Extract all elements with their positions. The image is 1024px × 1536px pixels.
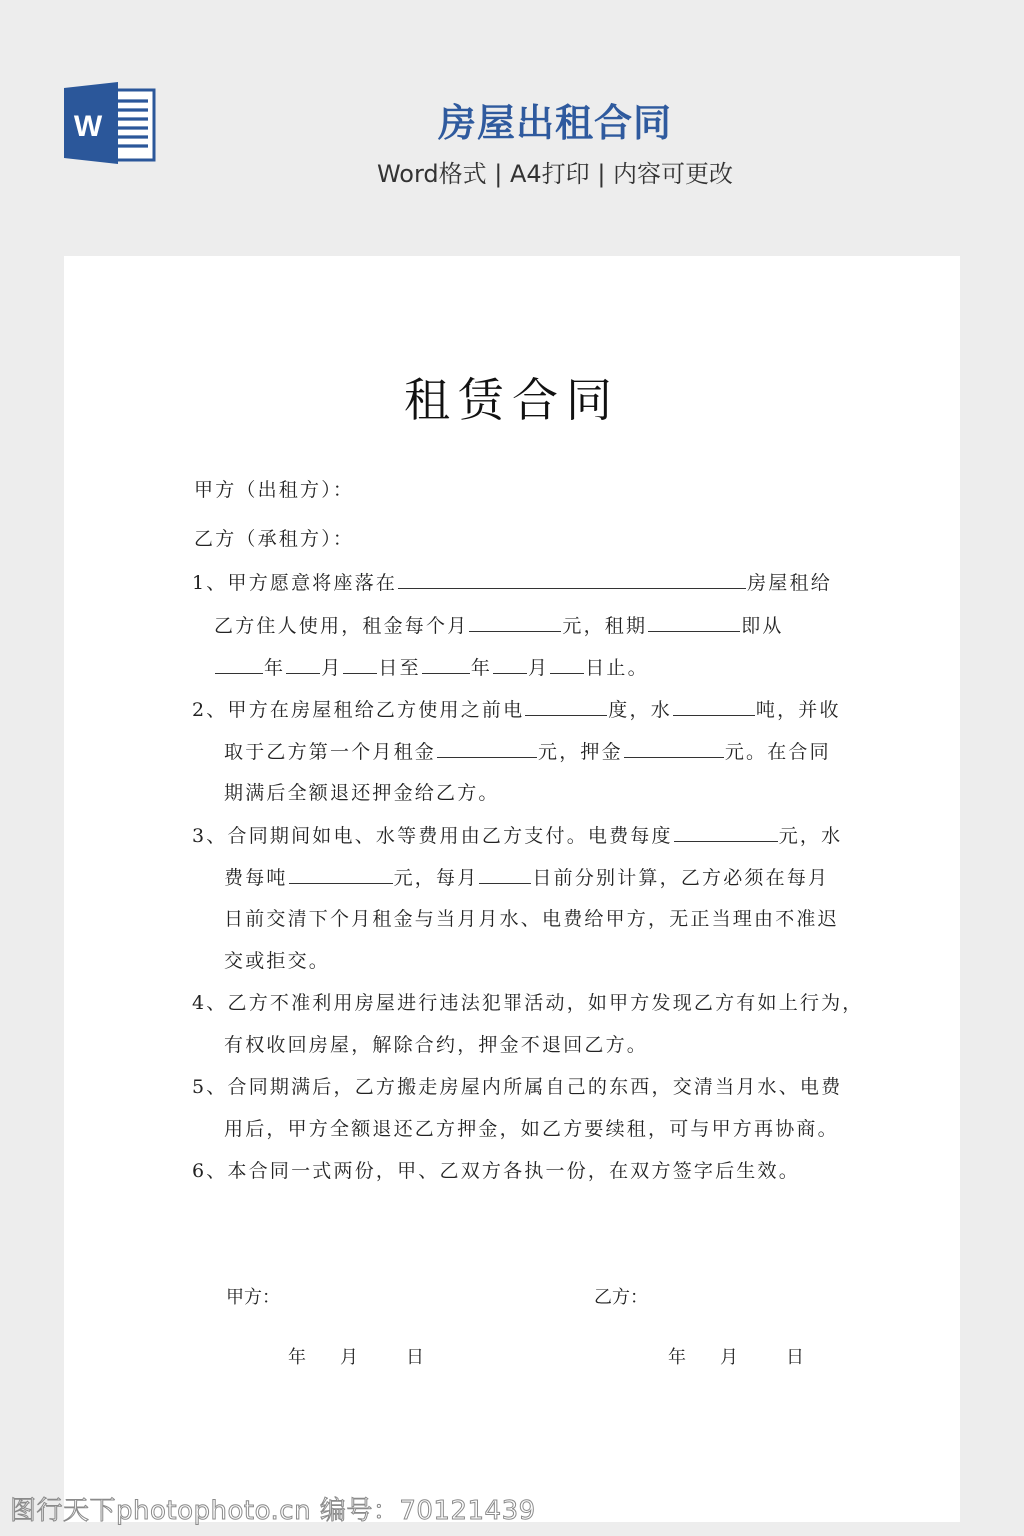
clause-text: 元，押金: [538, 741, 623, 763]
clause-text: 元，每月: [394, 867, 479, 889]
clause-text: 费每吨: [224, 867, 288, 889]
fill-in-blank[interactable]: [673, 697, 755, 716]
clause-text: 日前分别计算，乙方必须在每月: [532, 867, 829, 889]
clause-6-line: 6、本合同一式两份，甲、乙双方各执一份，在双方签字后生效。: [192, 1159, 800, 1183]
clause-text: 元，水: [779, 825, 843, 847]
clause-1-line: 年月日至年月日止。: [214, 655, 649, 680]
clause-text: 6、本合同一式两份，甲、乙双方各执一份，在双方签字后生效。: [192, 1160, 800, 1182]
fill-in-blank[interactable]: [469, 613, 561, 632]
clause-1-line: 1、甲方愿意将座落在房屋租给: [192, 570, 832, 595]
header-banner: W 房屋出租合同 Word格式 | A4打印 | 内容可更改: [0, 0, 1024, 256]
clause-text: 年: [264, 657, 285, 679]
document-title: 租赁合同: [64, 364, 960, 430]
month-label: 月: [340, 1343, 406, 1369]
clause-text: 交或拒交。: [224, 950, 330, 972]
clause-3-line: 日前交清下个月租金与当月月水、电费给甲方，无正当理由不准迟: [224, 907, 839, 931]
clause-text: 有权收回房屋，解除合约，押金不退回乙方。: [224, 1034, 648, 1056]
clause-1-line: 乙方住人使用，租金每个月元，租期即从: [214, 613, 784, 638]
clause-text: 用后，甲方全额退还乙方押金，如乙方要续租，可与甲方再协商。: [224, 1118, 839, 1140]
party-a-line: 甲方（出租方）：: [194, 478, 354, 502]
clause-3-line: 3、合同期间如电、水等费用由乙方支付。电费每度元，水: [192, 823, 842, 848]
clause-text: 日至: [378, 657, 420, 679]
header-title: 房屋出租合同: [340, 92, 770, 147]
party-b-date: 年月日: [668, 1343, 804, 1369]
fill-in-blank[interactable]: [525, 697, 607, 716]
party-a-date: 年月日: [288, 1343, 424, 1369]
clause-text: 度，水: [608, 699, 672, 721]
clause-4-line: 有权收回房屋，解除合约，押金不退回乙方。: [224, 1033, 648, 1057]
fill-in-blank[interactable]: [550, 655, 584, 674]
clause-text: 5、合同期满后，乙方搬走房屋内所属自己的东西，交清当月水、电费: [192, 1076, 842, 1098]
clause-text: 元，租期: [562, 615, 647, 637]
clause-text: 年: [471, 657, 492, 679]
year-label: 年: [668, 1343, 720, 1369]
clause-2-line: 取于乙方第一个月租金元，押金元。在合同: [224, 739, 831, 764]
party-b-line: 乙方（承租方）：: [194, 527, 354, 551]
watermark-text: 图行天下photophoto.cn 编号：70121439: [10, 1490, 536, 1527]
clause-2-line: 期满后全额退还押金给乙方。: [224, 781, 500, 805]
year-label: 年: [288, 1343, 340, 1369]
clause-text: 4、乙方不准利用房屋进行违法犯罪活动，如甲方发现乙方有如上行为，: [192, 992, 864, 1014]
day-label: 日: [406, 1343, 424, 1369]
clause-text: 日止。: [585, 657, 649, 679]
fill-in-blank[interactable]: [289, 865, 393, 884]
clause-text: 元。在合同: [725, 741, 831, 763]
party-b-signature-label: 乙方：: [594, 1283, 648, 1309]
fill-in-blank[interactable]: [648, 613, 740, 632]
svg-text:W: W: [74, 110, 103, 143]
clause-2-line: 2、甲方在房屋租给乙方使用之前电度，水吨，并收: [192, 697, 841, 722]
clause-text: 2、甲方在房屋租给乙方使用之前电: [192, 699, 524, 721]
fill-in-blank[interactable]: [215, 655, 263, 674]
fill-in-blank[interactable]: [286, 655, 320, 674]
fill-in-blank[interactable]: [422, 655, 470, 674]
clause-text: 吨，并收: [756, 699, 841, 721]
day-label: 日: [786, 1343, 804, 1369]
clause-4-line: 4、乙方不准利用房屋进行违法犯罪活动，如甲方发现乙方有如上行为，: [192, 991, 864, 1015]
clause-text: 1、甲方愿意将座落在: [192, 572, 397, 594]
party-a-signature-label: 甲方：: [226, 1283, 280, 1309]
fill-in-blank[interactable]: [479, 865, 531, 884]
month-label: 月: [720, 1343, 786, 1369]
fill-in-blank[interactable]: [343, 655, 377, 674]
fill-in-blank[interactable]: [493, 655, 527, 674]
clause-3-line: 费每吨元，每月日前分别计算，乙方必须在每月: [224, 865, 829, 890]
clause-5-line: 5、合同期满后，乙方搬走房屋内所属自己的东西，交清当月水、电费: [192, 1075, 842, 1099]
clause-text: 乙方住人使用，租金每个月: [214, 615, 468, 637]
clause-text: 日前交清下个月租金与当月月水、电费给甲方，无正当理由不准迟: [224, 908, 839, 930]
word-document-icon: W: [64, 82, 156, 164]
fill-in-blank[interactable]: [674, 823, 778, 842]
header-subtitle: Word格式 | A4打印 | 内容可更改: [340, 154, 770, 189]
fill-in-blank[interactable]: [624, 739, 724, 758]
clause-text: 期满后全额退还押金给乙方。: [224, 782, 500, 804]
fill-in-blank[interactable]: [437, 739, 537, 758]
clause-text: 月: [528, 657, 549, 679]
clause-text: 3、合同期间如电、水等费用由乙方支付。电费每度: [192, 825, 673, 847]
clause-5-line: 用后，甲方全额退还乙方押金，如乙方要续租，可与甲方再协商。: [224, 1117, 839, 1141]
document-page: 租赁合同 甲方（出租方）： 乙方（承租方）： 1、甲方愿意将座落在房屋租给乙方住…: [64, 256, 960, 1522]
fill-in-blank[interactable]: [398, 570, 746, 589]
clause-text: 取于乙方第一个月租金: [224, 741, 436, 763]
clause-3-line: 交或拒交。: [224, 949, 330, 973]
clause-text: 房屋租给: [747, 572, 832, 594]
clause-text: 即从: [741, 615, 783, 637]
clause-text: 月: [321, 657, 342, 679]
